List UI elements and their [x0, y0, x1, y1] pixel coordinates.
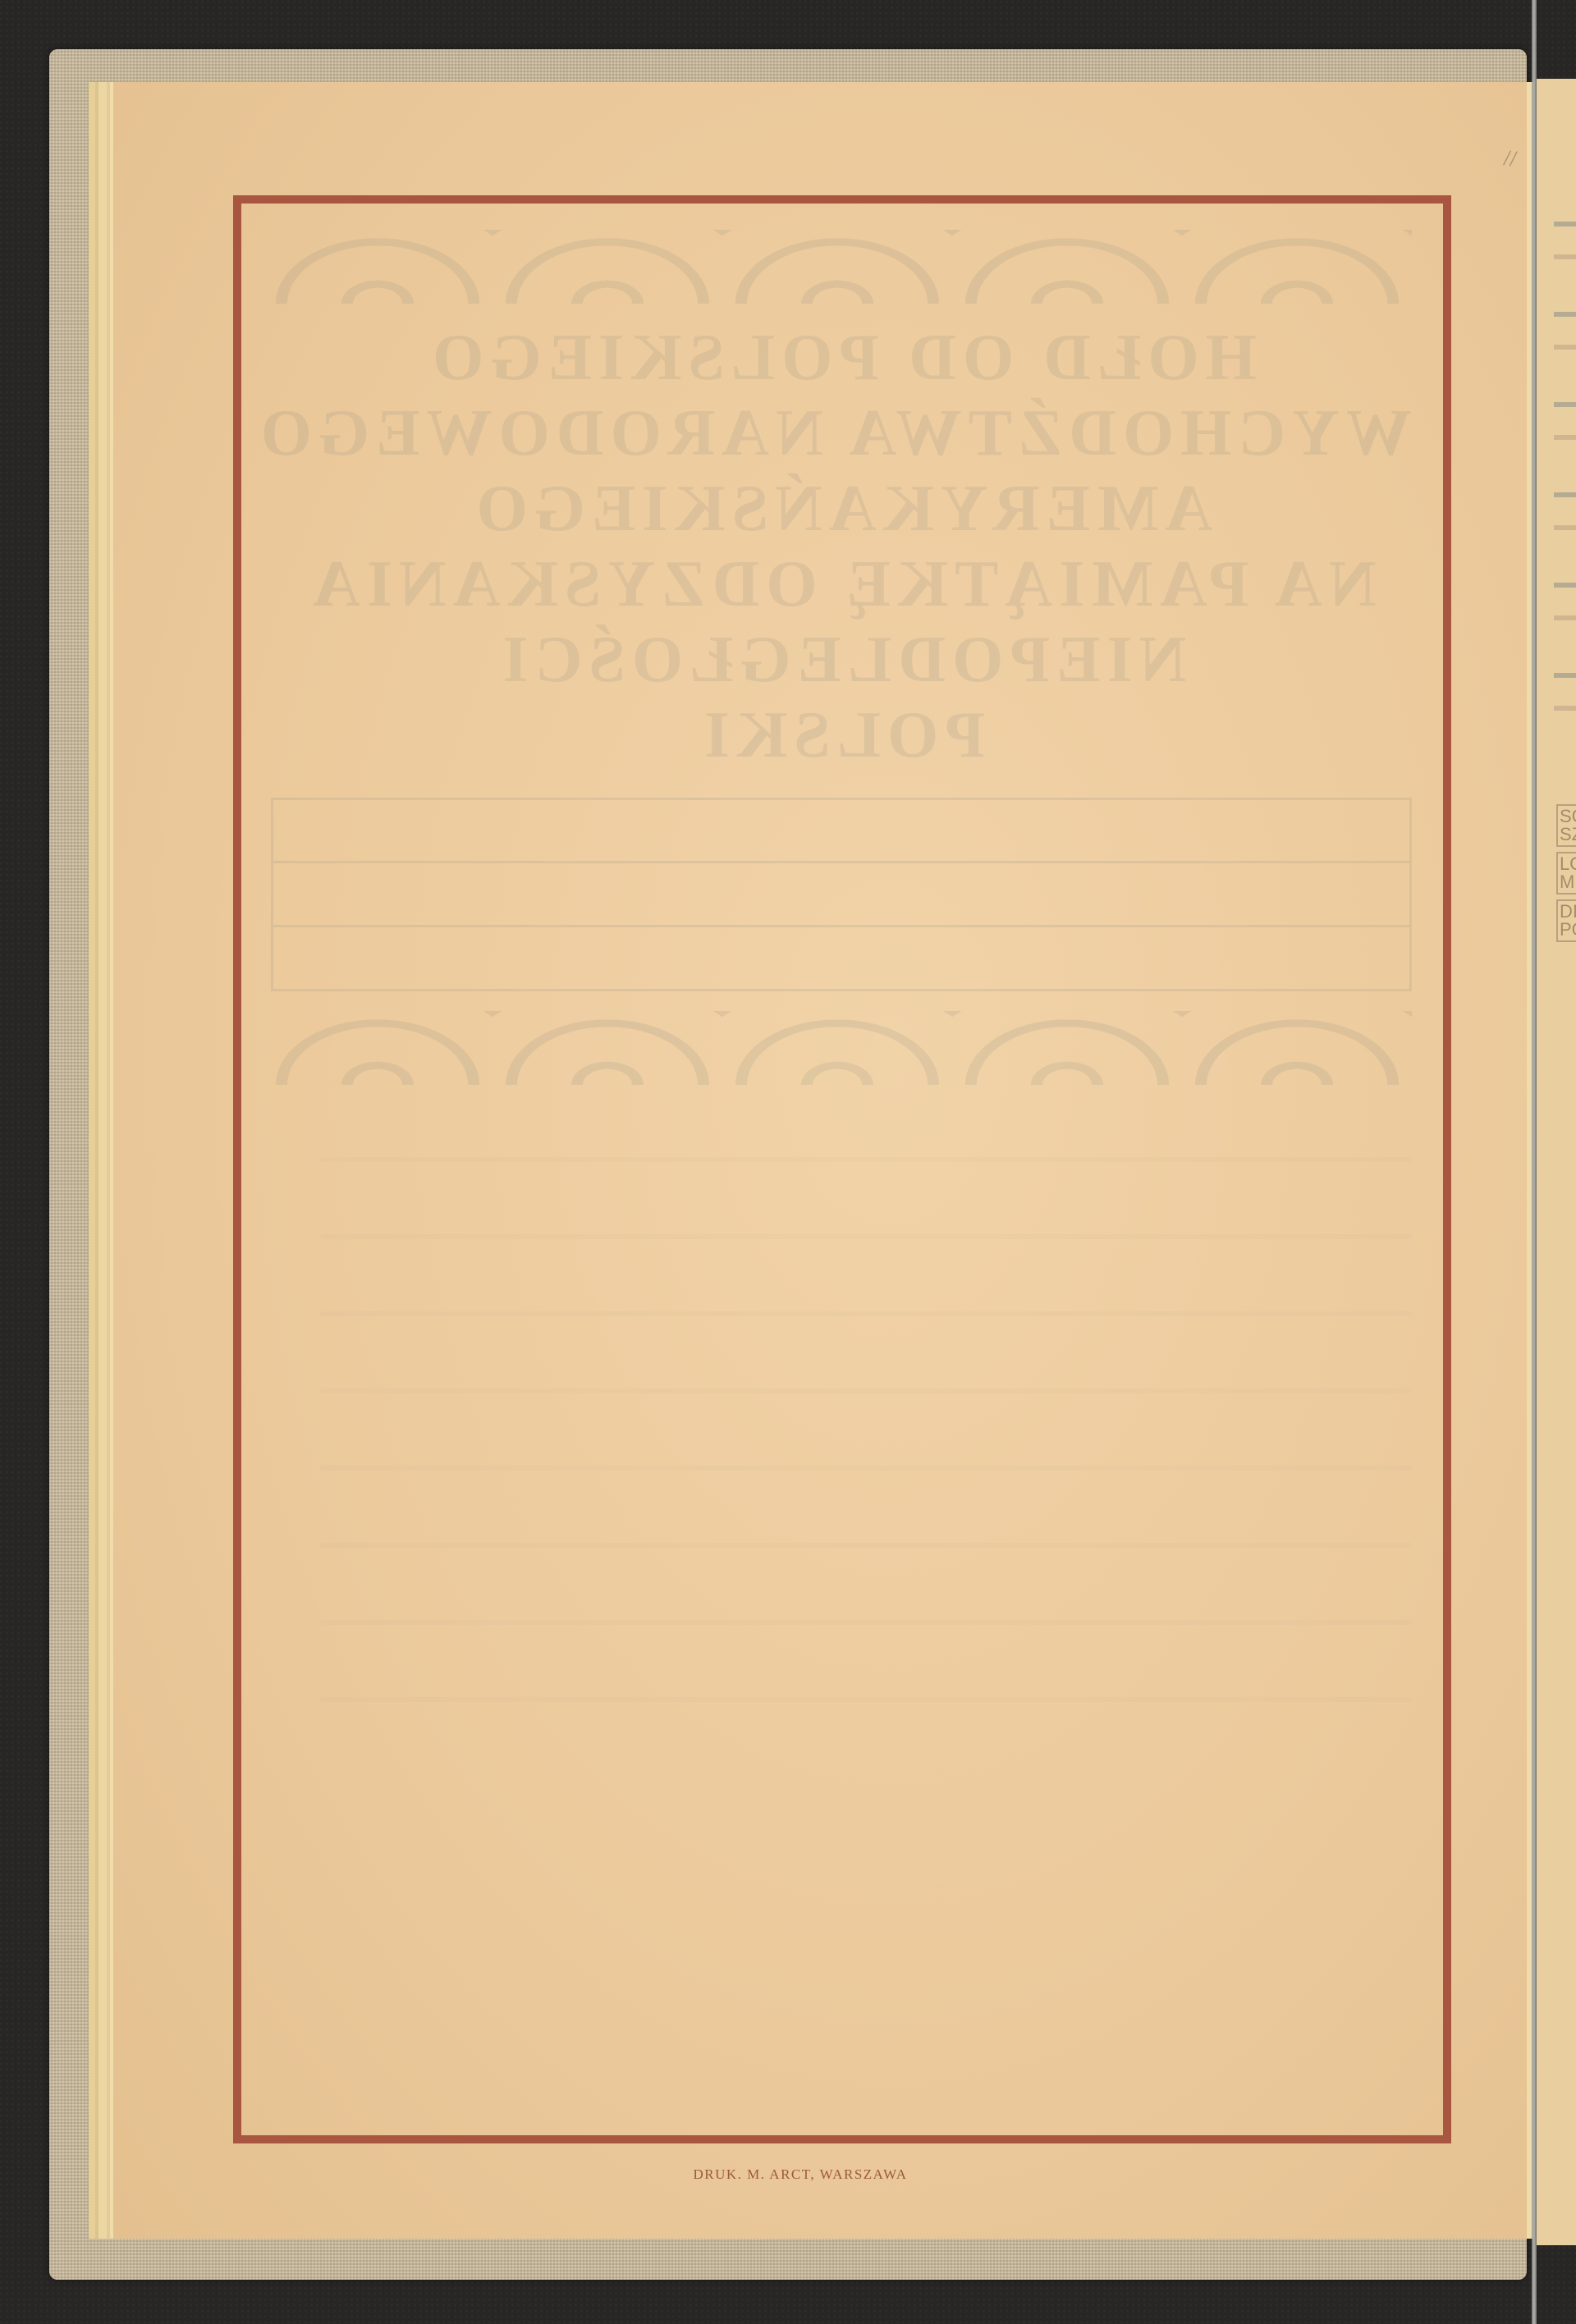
facing-page-text-fragments: SCSZ LOMI DIPO	[1556, 804, 1576, 947]
book-gutter	[1532, 0, 1537, 2324]
page-border-frame	[233, 195, 1451, 2143]
facing-fragment: SCSZ	[1556, 804, 1576, 847]
facing-fragment: LOMI	[1556, 852, 1576, 894]
printer-imprint: DRUK. M. ARCT, WARSZAWA	[0, 2166, 1576, 2183]
facing-page-ornament	[1554, 197, 1576, 755]
facing-fragment: DIPO	[1556, 899, 1576, 942]
